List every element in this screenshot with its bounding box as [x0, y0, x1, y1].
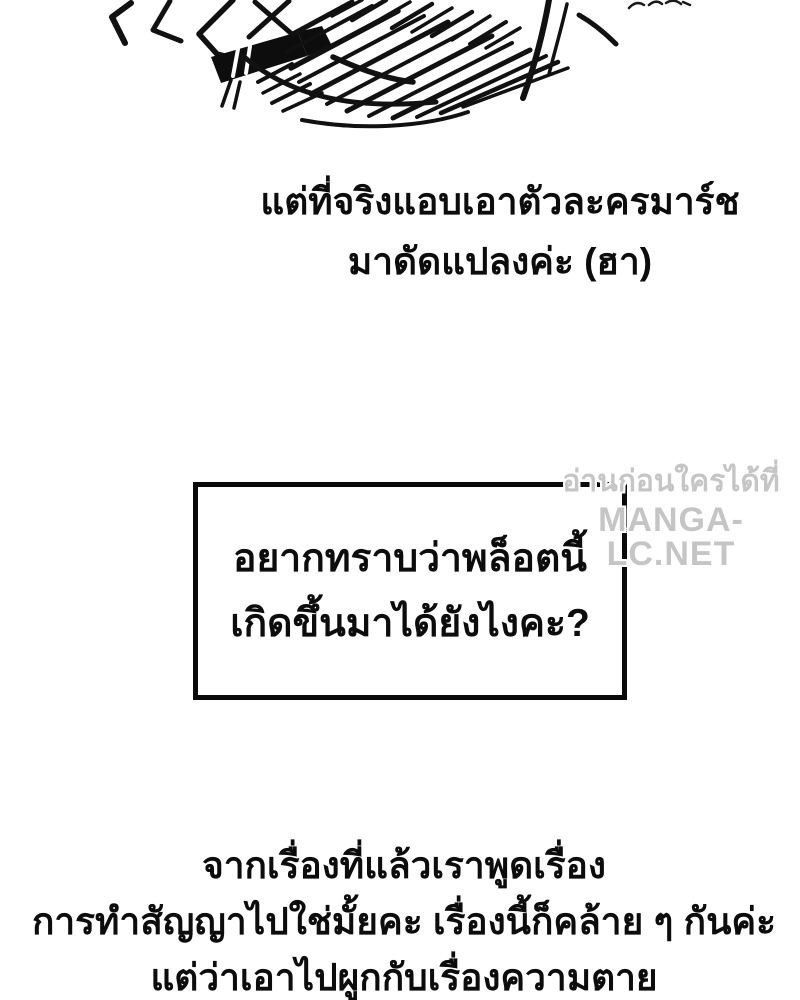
bottom-caption-line-2: การทำสัญญาไปใช่มั้ยคะ เรื่องนี้ก็คล้าย ๆ…	[0, 894, 800, 950]
sketch-illustration	[0, 0, 800, 140]
question-box: อยากทราบว่าพล็อตนี้ เกิดขึ้นมาได้ยังไงคะ…	[193, 482, 627, 700]
question-box-line-1: อยากทราบว่าพล็อตนี้	[233, 526, 587, 591]
top-caption-line-2: มาดัดแปลงค่ะ (ฮา)	[200, 232, 800, 292]
cutoff-handwriting-scribble	[629, 1, 690, 8]
bottom-caption-line-3: แต่ว่าเอาไปผูกกับเรื่องความตาย	[0, 950, 800, 1000]
top-caption: แต่ที่จริงแอบเอาตัวละครมาร์ช มาดัดแปลงค่…	[200, 172, 800, 292]
top-caption-line-1: แต่ที่จริงแอบเอาตัวละครมาร์ช	[200, 172, 800, 232]
bottom-caption-line-1: จากเรื่องที่แล้วเราพูดเรื่อง	[0, 838, 800, 894]
manga-page: แต่ที่จริงแอบเอาตัวละครมาร์ช มาดัดแปลงค่…	[0, 0, 800, 1000]
question-box-line-2: เกิดขึ้นมาได้ยังไงคะ?	[230, 591, 590, 656]
bottom-caption: จากเรื่องที่แล้วเราพูดเรื่อง การทำสัญญาไ…	[0, 838, 800, 1000]
